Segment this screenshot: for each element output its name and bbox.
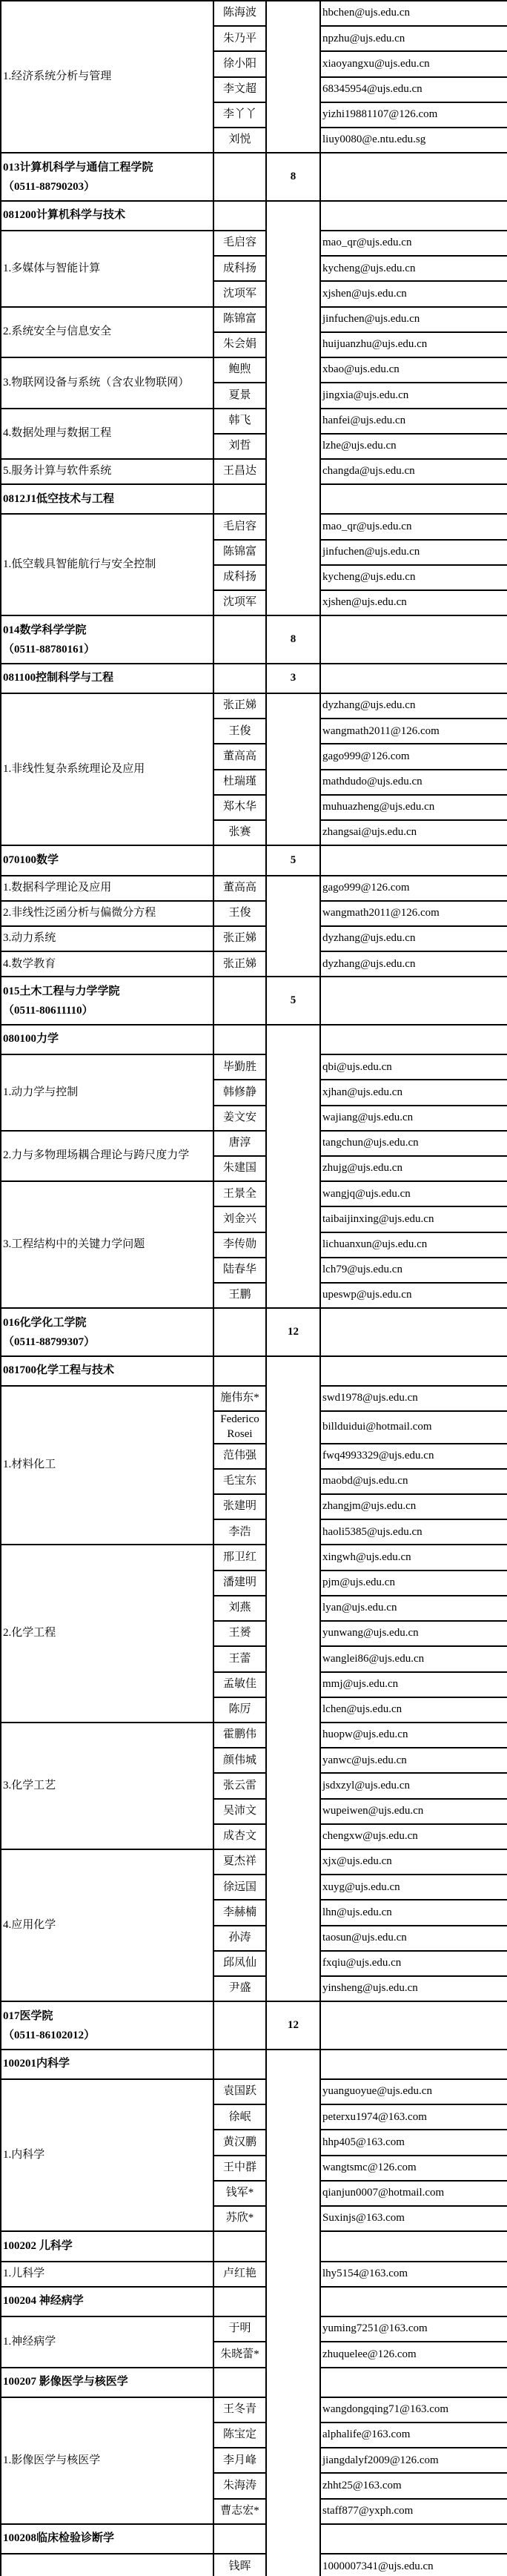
advisor-email-cell: kycheng@ujs.edu.cn xyxy=(320,256,507,281)
advisor-name-cell: 施伟东* xyxy=(213,1386,266,1411)
advisor-email-cell: hhp405@163.com xyxy=(320,2130,507,2155)
quota-cell: 8 xyxy=(266,615,320,663)
advisor-name-cell: 卢红艳 xyxy=(213,2262,266,2287)
major-header-cell: 081200计算机科学与技术 xyxy=(1,201,213,231)
advisor-email-cell: xingwh@ujs.edu.cn xyxy=(320,1545,507,1570)
advisor-email-cell xyxy=(320,845,507,875)
college-row: 015土木工程与力学学院（0511-80611110）5 xyxy=(1,977,507,1024)
subject-row: 081200计算机科学与技术 xyxy=(1,201,507,231)
advisor-email-cell: huopw@ujs.edu.cn xyxy=(320,1723,507,1748)
advisor-email-cell: muhuazheng@ujs.edu.cn xyxy=(320,795,507,820)
advisor-email-cell: xiaoyangxu@ujs.edu.cn xyxy=(320,51,507,76)
advisor-name-cell: 毛宝东 xyxy=(213,1469,266,1494)
quota-cell: 5 xyxy=(266,845,320,875)
advisor-email-cell: tangchun@ujs.edu.cn xyxy=(320,1131,507,1156)
person-row: 5.服务计算与软件系统王昌达changda@ujs.edu.cn xyxy=(1,459,507,484)
college-header-cell: 016化学化工学院（0511-88799307） xyxy=(1,1308,213,1355)
quota-cell: 8 xyxy=(266,153,320,200)
advisor-contact-table: 1.经济系统分析与管理陈海波hbchen@ujs.edu.cn朱乃平npzhu@… xyxy=(0,0,507,2576)
advisor-name-cell xyxy=(213,2050,266,2079)
quota-cell: 3 xyxy=(266,664,320,693)
advisor-email-cell: Suxinjs@163.com xyxy=(320,2206,507,2231)
major-header-cell: 100207 影像医学与核医学 xyxy=(1,2368,213,2397)
advisor-name-cell: 董高高 xyxy=(213,876,266,901)
person-row: 1.动力学与控制毕勤胜qbi@ujs.edu.cn xyxy=(1,1054,507,1080)
person-row: 4.数据处理与数据工程韩飞hanfei@ujs.edu.cn xyxy=(1,409,507,434)
major-header-cell: 081700化学工程与技术 xyxy=(1,1356,213,1386)
person-row: 1.影像医学与核医学王冬青wangdongqing71@163.com xyxy=(1,2397,507,2423)
subject-row: 100204 神经病学 xyxy=(1,2287,507,2316)
advisor-name-cell: 韩飞 xyxy=(213,409,266,434)
advisor-name-cell: 张云雷 xyxy=(213,1773,266,1798)
person-row: 3.化学工艺霍鹏伟huopw@ujs.edu.cn xyxy=(1,1723,507,1748)
advisor-email-cell xyxy=(320,201,507,231)
advisor-name-cell xyxy=(213,615,266,663)
advisor-email-cell: yanwc@ujs.edu.cn xyxy=(320,1748,507,1773)
advisor-email-cell: gago999@126.com xyxy=(320,744,507,769)
college-phone: （0511-88790203） xyxy=(3,177,211,196)
advisor-email-cell: changda@ujs.edu.cn xyxy=(320,459,507,484)
advisor-name-cell: 王景全 xyxy=(213,1181,266,1206)
quota-cell xyxy=(266,693,320,845)
advisor-email-cell: yuanguoyue@ujs.edu.cn xyxy=(320,2079,507,2104)
advisor-name-cell: 朱海涛 xyxy=(213,2473,266,2498)
advisor-name-cell: 张正娣 xyxy=(213,951,266,977)
major-header-cell: 081100控制科学与工程 xyxy=(1,664,213,693)
advisor-name-cell: 朱乃平 xyxy=(213,26,266,51)
advisor-email-cell xyxy=(320,153,507,200)
research-direction-cell: 1.多媒体与智能计算 xyxy=(1,231,213,307)
research-direction-cell: 3.工程结构中的关键力学问题 xyxy=(1,1181,213,1308)
research-direction-cell: 4.数学教育 xyxy=(1,951,213,977)
person-row: 3.动力系统张正娣dyzhang@ujs.edu.cn xyxy=(1,926,507,951)
advisor-email-cell: xjhan@ujs.edu.cn xyxy=(320,1080,507,1105)
advisor-name-cell: 邢卫红 xyxy=(213,1545,266,1570)
advisor-name-cell: 毕勤胜 xyxy=(213,1054,266,1080)
advisor-email-cell: lhy5154@163.com xyxy=(320,2262,507,2287)
college-name: 017医学院 xyxy=(3,2007,211,2026)
advisor-name-cell: 刘悦 xyxy=(213,128,266,153)
advisor-email-cell: lyan@ujs.edu.cn xyxy=(320,1596,507,1621)
advisor-email-cell: jingxia@ujs.edu.cn xyxy=(320,383,507,408)
subject-row: 070100数学5 xyxy=(1,845,507,875)
advisor-email-cell: taibaijinxing@ujs.edu.cn xyxy=(320,1206,507,1232)
major-header-cell: 100201内科学 xyxy=(1,2050,213,2079)
subject-row: 100208临床检验诊断学 xyxy=(1,2524,507,2554)
advisor-email-cell: gago999@126.com xyxy=(320,876,507,901)
major-header-cell: 100204 神经病学 xyxy=(1,2287,213,2316)
advisor-name-cell: 刘金兴 xyxy=(213,1206,266,1232)
quota-cell: 5 xyxy=(266,977,320,1024)
advisor-email-cell: hbchen@ujs.edu.cn xyxy=(320,1,507,26)
advisor-name-cell: 夏杰祥 xyxy=(213,1849,266,1875)
subject-row: 080100力学 xyxy=(1,1025,507,1054)
person-row: 4.应用化学夏杰祥xjx@ujs.edu.cn xyxy=(1,1849,507,1875)
advisor-name-cell: 毛启容 xyxy=(213,231,266,256)
advisor-email-cell: mao_qr@ujs.edu.cn xyxy=(320,514,507,539)
research-direction-cell: 5.服务计算与软件系统 xyxy=(1,459,213,484)
quota-cell xyxy=(266,876,320,977)
advisor-email-cell: wangjq@ujs.edu.cn xyxy=(320,1181,507,1206)
person-row: 1.经济系统分析与管理陈海波hbchen@ujs.edu.cn xyxy=(1,1,507,26)
college-row: 016化学化工学院（0511-88799307）12 xyxy=(1,1308,507,1355)
advisor-email-cell: wanglei86@ujs.edu.cn xyxy=(320,1646,507,1671)
advisor-name-cell: 李文超 xyxy=(213,77,266,102)
advisor-email-cell: xjshen@ujs.edu.cn xyxy=(320,281,507,306)
advisor-email-cell: jinfuchen@ujs.edu.cn xyxy=(320,540,507,565)
advisor-name-cell: 陈厉 xyxy=(213,1697,266,1723)
advisor-email-cell: jinfuchen@ujs.edu.cn xyxy=(320,307,507,332)
advisor-name-cell: 陈宝定 xyxy=(213,2423,266,2448)
research-direction-cell: 1.神经病学 xyxy=(1,2316,213,2367)
college-phone: （0511-86102012） xyxy=(3,2026,211,2045)
person-row: 1.非线性复杂系统理论及应用张正娣dyzhang@ujs.edu.cn xyxy=(1,693,507,719)
major-header-cell: 0812J1低空技术与工程 xyxy=(1,484,213,514)
advisor-email-cell: wangmath2011@126.com xyxy=(320,719,507,744)
advisor-name-cell xyxy=(213,2368,266,2397)
advisor-name-cell: 李丫丫 xyxy=(213,102,266,128)
advisor-email-cell: 68345954@ujs.edu.cn xyxy=(320,77,507,102)
advisor-email-cell: hanfei@ujs.edu.cn xyxy=(320,409,507,434)
advisor-email-cell: yizhi19881107@126.com xyxy=(320,102,507,128)
advisor-email-cell: lichuanxun@ujs.edu.cn xyxy=(320,1232,507,1258)
quota-cell xyxy=(266,1,320,153)
advisor-name-cell xyxy=(213,2001,266,2049)
quota-cell xyxy=(266,1356,320,2002)
advisor-name-cell: 王冬青 xyxy=(213,2397,266,2423)
advisor-email-cell: lch79@ujs.edu.cn xyxy=(320,1258,507,1283)
college-header-cell: 014数学科学学院（0511-88780161） xyxy=(1,615,213,663)
major-header-cell: 080100力学 xyxy=(1,1025,213,1054)
person-row: 1.材料化工施伟东*swd1978@ujs.edu.cn xyxy=(1,1386,507,1411)
advisor-name-cell: 杜瑞瑾 xyxy=(213,770,266,795)
advisor-name-cell: 朱会娟 xyxy=(213,332,266,357)
advisor-email-cell: kycheng@ujs.edu.cn xyxy=(320,565,507,590)
advisor-name-cell: 陈锦富 xyxy=(213,540,266,565)
advisor-email-cell: wangmath2011@126.com xyxy=(320,901,507,926)
advisor-name-cell: 朱建国 xyxy=(213,1156,266,1181)
advisor-name-cell: 王俊 xyxy=(213,901,266,926)
advisor-name-cell: 徐远国 xyxy=(213,1875,266,1900)
advisor-email-cell: haoli5385@ujs.edu.cn xyxy=(320,1519,507,1545)
person-row: 1.数据科学理论及应用董高高gago999@126.com xyxy=(1,876,507,901)
advisor-email-cell: taosun@ujs.edu.cn xyxy=(320,1926,507,1951)
advisor-name-cell: 黄汉鹏 xyxy=(213,2130,266,2155)
advisor-email-cell xyxy=(320,1025,507,1054)
advisor-email-cell: qbi@ujs.edu.cn xyxy=(320,1054,507,1080)
college-header-cell: 017医学院（0511-86102012） xyxy=(1,2001,213,2049)
person-row: 1.神经病学于明yuming7251@163.com xyxy=(1,2316,507,2342)
advisor-email-cell: yinsheng@ujs.edu.cn xyxy=(320,1976,507,2001)
college-name: 016化学化工学院 xyxy=(3,1313,211,1332)
advisor-email-cell xyxy=(320,484,507,514)
college-row: 013计算机科学与通信工程学院（0511-88790203）8 xyxy=(1,153,507,200)
research-direction-cell: 4.应用化学 xyxy=(1,1849,213,2001)
advisor-name-cell: 钱军* xyxy=(213,2181,266,2206)
advisor-name-cell: 李浩 xyxy=(213,1519,266,1545)
advisor-email-cell: peterxu1974@163.com xyxy=(320,2104,507,2130)
research-direction-cell xyxy=(1,2554,213,2576)
advisor-email-cell: lchen@ujs.edu.cn xyxy=(320,1697,507,1723)
advisor-email-cell: billduidui@hotmail.com xyxy=(320,1411,507,1443)
advisor-email-cell: yuming7251@163.com xyxy=(320,2316,507,2342)
advisor-name-cell: 颜伟城 xyxy=(213,1748,266,1773)
subject-row: 0812J1低空技术与工程 xyxy=(1,484,507,514)
advisor-name-cell: 王赟 xyxy=(213,1621,266,1646)
advisor-name-cell: Federico Rosei xyxy=(213,1411,266,1443)
advisor-name-cell: 毛启容 xyxy=(213,514,266,539)
advisor-name-cell: 董高高 xyxy=(213,744,266,769)
person-row: 1.低空载具智能航行与安全控制毛启容mao_qr@ujs.edu.cn xyxy=(1,514,507,539)
research-direction-cell: 1.儿科学 xyxy=(1,2262,213,2287)
advisor-email-cell: liuy0080@e.ntu.edu.sg xyxy=(320,128,507,153)
quota-cell xyxy=(266,2050,320,2576)
advisor-email-cell: zhangjm@ujs.edu.cn xyxy=(320,1494,507,1519)
person-row: 3.物联网设备与系统（含农业物联网）鲍煦xbao@ujs.edu.cn xyxy=(1,357,507,383)
college-phone: （0511-88780161） xyxy=(3,640,211,659)
person-row: 3.工程结构中的关键力学问题王景全wangjq@ujs.edu.cn xyxy=(1,1181,507,1206)
advisor-name-cell xyxy=(213,1356,266,1386)
college-row: 017医学院（0511-86102012）12 xyxy=(1,2001,507,2049)
advisor-name-cell: 张赛 xyxy=(213,820,266,845)
advisor-email-cell xyxy=(320,664,507,693)
advisor-name-cell: 姜文安 xyxy=(213,1106,266,1131)
college-header-cell: 013计算机科学与通信工程学院（0511-88790203） xyxy=(1,153,213,200)
college-header-cell: 015土木工程与力学学院（0511-80611110） xyxy=(1,977,213,1024)
advisor-email-cell: huijuanzhu@ujs.edu.cn xyxy=(320,332,507,357)
advisor-name-cell: 李赫楠 xyxy=(213,1900,266,1925)
quota-cell xyxy=(266,1025,320,1308)
advisor-email-cell: xuyg@ujs.edu.cn xyxy=(320,1875,507,1900)
person-row: 1.多媒体与智能计算毛启容mao_qr@ujs.edu.cn xyxy=(1,231,507,256)
page: 1.经济系统分析与管理陈海波hbchen@ujs.edu.cn朱乃平npzhu@… xyxy=(0,0,507,2576)
major-header-cell: 100202 儿科学 xyxy=(1,2231,213,2261)
advisor-email-cell xyxy=(320,2368,507,2397)
subject-row: 081100控制科学与工程3 xyxy=(1,664,507,693)
person-row: 2.力与多物理场耦合理论与跨尺度力学唐淳tangchun@ujs.edu.cn xyxy=(1,1131,507,1156)
research-direction-cell: 1.影像医学与核医学 xyxy=(1,2397,213,2524)
advisor-email-cell: jsdxzyl@ujs.edu.cn xyxy=(320,1773,507,1798)
advisor-name-cell xyxy=(213,484,266,514)
quota-cell: 12 xyxy=(266,1308,320,1355)
research-direction-cell: 1.低空载具智能航行与安全控制 xyxy=(1,514,213,615)
advisor-email-cell: wangdongqing71@163.com xyxy=(320,2397,507,2423)
advisor-email-cell: fwq4993329@ujs.edu.cn xyxy=(320,1444,507,1469)
advisor-name-cell: 成科扬 xyxy=(213,256,266,281)
advisor-name-cell xyxy=(213,2524,266,2554)
advisor-name-cell: 吴沛文 xyxy=(213,1799,266,1824)
major-header-cell: 070100数学 xyxy=(1,845,213,875)
research-direction-cell: 2.力与多物理场耦合理论与跨尺度力学 xyxy=(1,1131,213,1181)
advisor-table-body: 1.经济系统分析与管理陈海波hbchen@ujs.edu.cn朱乃平npzhu@… xyxy=(1,1,507,2576)
advisor-name-cell: 韩修静 xyxy=(213,1080,266,1105)
advisor-email-cell: swd1978@ujs.edu.cn xyxy=(320,1386,507,1411)
research-direction-cell: 4.数据处理与数据工程 xyxy=(1,409,213,459)
advisor-email-cell: xjshen@ujs.edu.cn xyxy=(320,590,507,615)
advisor-name-cell: 张正娣 xyxy=(213,693,266,719)
advisor-name-cell: 刘燕 xyxy=(213,1596,266,1621)
advisor-name-cell: 朱晓蕾* xyxy=(213,2342,266,2367)
advisor-email-cell: zhht25@163.com xyxy=(320,2473,507,2498)
advisor-email-cell xyxy=(320,2287,507,2316)
advisor-name-cell: 沈项军 xyxy=(213,281,266,306)
advisor-email-cell xyxy=(320,1308,507,1355)
advisor-name-cell: 鲍煦 xyxy=(213,357,266,383)
subject-row: 100207 影像医学与核医学 xyxy=(1,2368,507,2397)
college-phone: （0511-80611110） xyxy=(3,1001,211,1020)
advisor-email-cell: zhuquelee@126.com xyxy=(320,2342,507,2367)
advisor-name-cell: 霍鹏伟 xyxy=(213,1723,266,1748)
research-direction-cell: 2.系统安全与信息安全 xyxy=(1,307,213,357)
advisor-name-cell xyxy=(213,2287,266,2316)
person-row: 4.数学教育张正娣dyzhang@ujs.edu.cn xyxy=(1,951,507,977)
advisor-email-cell: zhujg@ujs.edu.cn xyxy=(320,1156,507,1181)
advisor-name-cell: 袁国跃 xyxy=(213,2079,266,2104)
advisor-name-cell: 成杏文 xyxy=(213,1824,266,1849)
advisor-name-cell: 郑木华 xyxy=(213,795,266,820)
subject-row: 100201内科学 xyxy=(1,2050,507,2079)
advisor-email-cell: pjm@ujs.edu.cn xyxy=(320,1571,507,1596)
advisor-name-cell: 唐淳 xyxy=(213,1131,266,1156)
advisor-email-cell xyxy=(320,1356,507,1386)
advisor-name-cell: 成科扬 xyxy=(213,565,266,590)
advisor-name-cell xyxy=(213,2231,266,2261)
person-row: 2.系统安全与信息安全陈锦富jinfuchen@ujs.edu.cn xyxy=(1,307,507,332)
advisor-email-cell: xbao@ujs.edu.cn xyxy=(320,357,507,383)
advisor-email-cell: dyzhang@ujs.edu.cn xyxy=(320,693,507,719)
advisor-email-cell: dyzhang@ujs.edu.cn xyxy=(320,951,507,977)
college-name: 013计算机科学与通信工程学院 xyxy=(3,158,211,177)
advisor-name-cell: 陈锦富 xyxy=(213,307,266,332)
quota-cell: 12 xyxy=(266,2001,320,2049)
advisor-email-cell xyxy=(320,977,507,1024)
advisor-name-cell xyxy=(213,153,266,200)
research-direction-cell: 2.非线性泛函分析与偏微分方程 xyxy=(1,901,213,926)
advisor-email-cell: upeswp@ujs.edu.cn xyxy=(320,1283,507,1308)
advisor-name-cell xyxy=(213,201,266,231)
person-row: 钱晖1000007341@ujs.edu.cn xyxy=(1,2554,507,2576)
major-header-cell: 100208临床检验诊断学 xyxy=(1,2524,213,2554)
research-direction-cell: 1.数据科学理论及应用 xyxy=(1,876,213,901)
research-direction-cell: 1.非线性复杂系统理论及应用 xyxy=(1,693,213,845)
advisor-email-cell: chengxw@ujs.edu.cn xyxy=(320,1824,507,1849)
advisor-name-cell: 陆春华 xyxy=(213,1258,266,1283)
advisor-email-cell xyxy=(320,2050,507,2079)
research-direction-cell: 3.化学工艺 xyxy=(1,1723,213,1849)
advisor-email-cell: fxqiu@ujs.edu.cn xyxy=(320,1951,507,1976)
advisor-email-cell xyxy=(320,615,507,663)
advisor-name-cell: 王蕾 xyxy=(213,1646,266,1671)
advisor-name-cell xyxy=(213,1025,266,1054)
advisor-name-cell: 李传勋 xyxy=(213,1232,266,1258)
research-direction-cell: 3.动力系统 xyxy=(1,926,213,951)
advisor-name-cell: 夏景 xyxy=(213,383,266,408)
advisor-name-cell: 曹志宏* xyxy=(213,2499,266,2524)
advisor-email-cell: wupeiwen@ujs.edu.cn xyxy=(320,1799,507,1824)
advisor-name-cell: 刘哲 xyxy=(213,434,266,459)
college-name: 015土木工程与力学学院 xyxy=(3,982,211,1001)
person-row: 2.非线性泛函分析与偏微分方程王俊wangmath2011@126.com xyxy=(1,901,507,926)
advisor-email-cell: maobd@ujs.edu.cn xyxy=(320,1469,507,1494)
person-row: 1.儿科学卢红艳lhy5154@163.com xyxy=(1,2262,507,2287)
advisor-email-cell: qianjun0007@hotmail.com xyxy=(320,2181,507,2206)
advisor-name-cell: 陈海波 xyxy=(213,1,266,26)
advisor-name-cell: 钱晖 xyxy=(213,2554,266,2576)
research-direction-cell: 1.经济系统分析与管理 xyxy=(1,1,213,153)
advisor-email-cell: wangtsmc@126.com xyxy=(320,2156,507,2181)
advisor-name-cell: 王中群 xyxy=(213,2156,266,2181)
advisor-name-cell xyxy=(213,664,266,693)
advisor-email-cell: npzhu@ujs.edu.cn xyxy=(320,26,507,51)
advisor-name-cell: 王俊 xyxy=(213,719,266,744)
advisor-name-cell: 李月峰 xyxy=(213,2448,266,2473)
quota-cell xyxy=(266,201,320,616)
advisor-email-cell: jiangdalyf2009@126.com xyxy=(320,2448,507,2473)
advisor-name-cell: 邱凤仙 xyxy=(213,1951,266,1976)
advisor-name-cell: 孙涛 xyxy=(213,1926,266,1951)
advisor-name-cell: 徐岷 xyxy=(213,2104,266,2130)
advisor-email-cell: mmj@ujs.edu.cn xyxy=(320,1672,507,1697)
advisor-name-cell: 尹盛 xyxy=(213,1976,266,2001)
person-row: 1.内科学袁国跃yuanguoyue@ujs.edu.cn xyxy=(1,2079,507,2104)
advisor-name-cell: 范伟强 xyxy=(213,1444,266,1469)
subject-row: 100202 儿科学 xyxy=(1,2231,507,2261)
advisor-email-cell: wajiang@ujs.edu.cn xyxy=(320,1106,507,1131)
advisor-name-cell: 沈项军 xyxy=(213,590,266,615)
advisor-email-cell: yunwang@ujs.edu.cn xyxy=(320,1621,507,1646)
college-name: 014数学科学学院 xyxy=(3,621,211,640)
subject-row: 081700化学工程与技术 xyxy=(1,1356,507,1386)
research-direction-cell: 2.化学工程 xyxy=(1,1545,213,1723)
person-row: 2.化学工程邢卫红xingwh@ujs.edu.cn xyxy=(1,1545,507,1570)
advisor-name-cell: 张建明 xyxy=(213,1494,266,1519)
advisor-name-cell: 于明 xyxy=(213,2316,266,2342)
advisor-name-cell: 张正娣 xyxy=(213,926,266,951)
research-direction-cell: 3.物联网设备与系统（含农业物联网） xyxy=(1,357,213,408)
research-direction-cell: 1.动力学与控制 xyxy=(1,1054,213,1131)
advisor-email-cell xyxy=(320,2524,507,2554)
advisor-email-cell: mao_qr@ujs.edu.cn xyxy=(320,231,507,256)
advisor-name-cell xyxy=(213,1308,266,1355)
advisor-email-cell: zhangsai@ujs.edu.cn xyxy=(320,820,507,845)
advisor-name-cell: 潘建明 xyxy=(213,1571,266,1596)
advisor-email-cell: staff877@yxph.com xyxy=(320,2499,507,2524)
college-row: 014数学科学学院（0511-88780161）8 xyxy=(1,615,507,663)
advisor-name-cell: 王鹏 xyxy=(213,1283,266,1308)
advisor-name-cell: 孟敏佳 xyxy=(213,1672,266,1697)
research-direction-cell: 1.内科学 xyxy=(1,2079,213,2231)
advisor-email-cell xyxy=(320,2231,507,2261)
advisor-email-cell: alphalife@163.com xyxy=(320,2423,507,2448)
advisor-name-cell: 王昌达 xyxy=(213,459,266,484)
advisor-email-cell: xjx@ujs.edu.cn xyxy=(320,1849,507,1875)
advisor-email-cell: lhn@ujs.edu.cn xyxy=(320,1900,507,1925)
advisor-name-cell: 苏欣* xyxy=(213,2206,266,2231)
advisor-name-cell: 徐小阳 xyxy=(213,51,266,76)
advisor-email-cell: lzhe@ujs.edu.cn xyxy=(320,434,507,459)
advisor-email-cell: 1000007341@ujs.edu.cn xyxy=(320,2554,507,2576)
college-phone: （0511-88799307） xyxy=(3,1332,211,1352)
advisor-email-cell: dyzhang@ujs.edu.cn xyxy=(320,926,507,951)
advisor-name-cell xyxy=(213,845,266,875)
research-direction-cell: 1.材料化工 xyxy=(1,1386,213,1545)
advisor-email-cell xyxy=(320,2001,507,2049)
advisor-name-cell xyxy=(213,977,266,1024)
advisor-email-cell: mathdudo@ujs.edu.cn xyxy=(320,770,507,795)
